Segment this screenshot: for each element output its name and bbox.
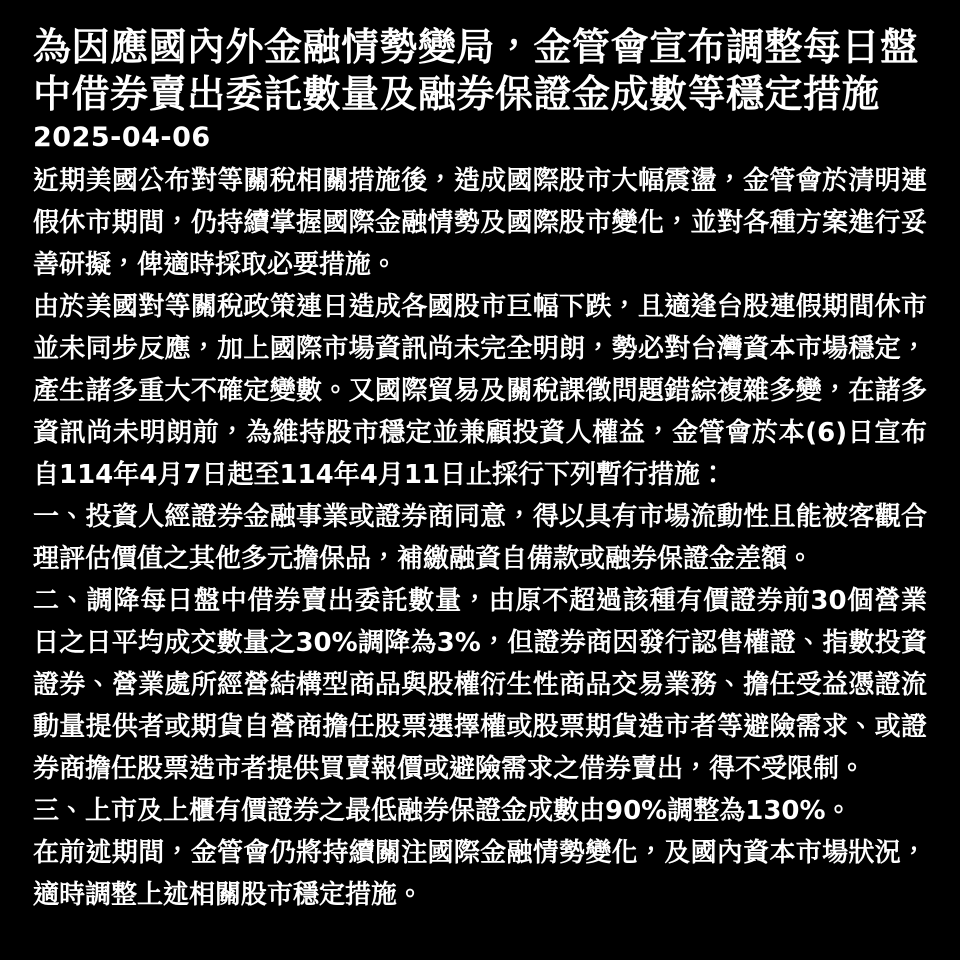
publish-date: 2025-04-06 xyxy=(33,121,927,155)
paragraph-measure-1: 一、投資人經證券金融事業或證券商同意，得以具有市場流動性且能被客觀合理評估價值之… xyxy=(33,496,927,580)
page-title: 為因應國內外金融情勢變局，金管會宣布調整每日盤中借券賣出委託數量及融券保證金成數… xyxy=(33,24,927,118)
paragraph-closing: 在前述期間，金管會仍將持續關注國際金融情勢變化，及國內資本市場狀況，適時調整上述… xyxy=(33,832,927,916)
paragraph-intro: 近期美國公布對等關稅相關措施後，造成國際股市大幅震盪，金管會於清明連假休市期間，… xyxy=(33,160,927,286)
paragraph-measure-2: 二、調降每日盤中借券賣出委託數量，由原不超過該種有價證券前30個營業日之日平均成… xyxy=(33,580,927,790)
paragraph-measure-3: 三、上市及上櫃有價證券之最低融券保證金成數由90%調整為130%。 xyxy=(33,790,927,832)
paragraph-background: 由於美國對等關稅政策連日造成各國股市巨幅下跌，且適逢台股連假期間休市並未同步反應… xyxy=(33,286,927,496)
announcement-body: 近期美國公布對等關稅相關措施後，造成國際股市大幅震盪，金管會於清明連假休市期間，… xyxy=(33,160,927,916)
announcement-page: 為因應國內外金融情勢變局，金管會宣布調整每日盤中借券賣出委託數量及融券保證金成數… xyxy=(0,0,960,960)
